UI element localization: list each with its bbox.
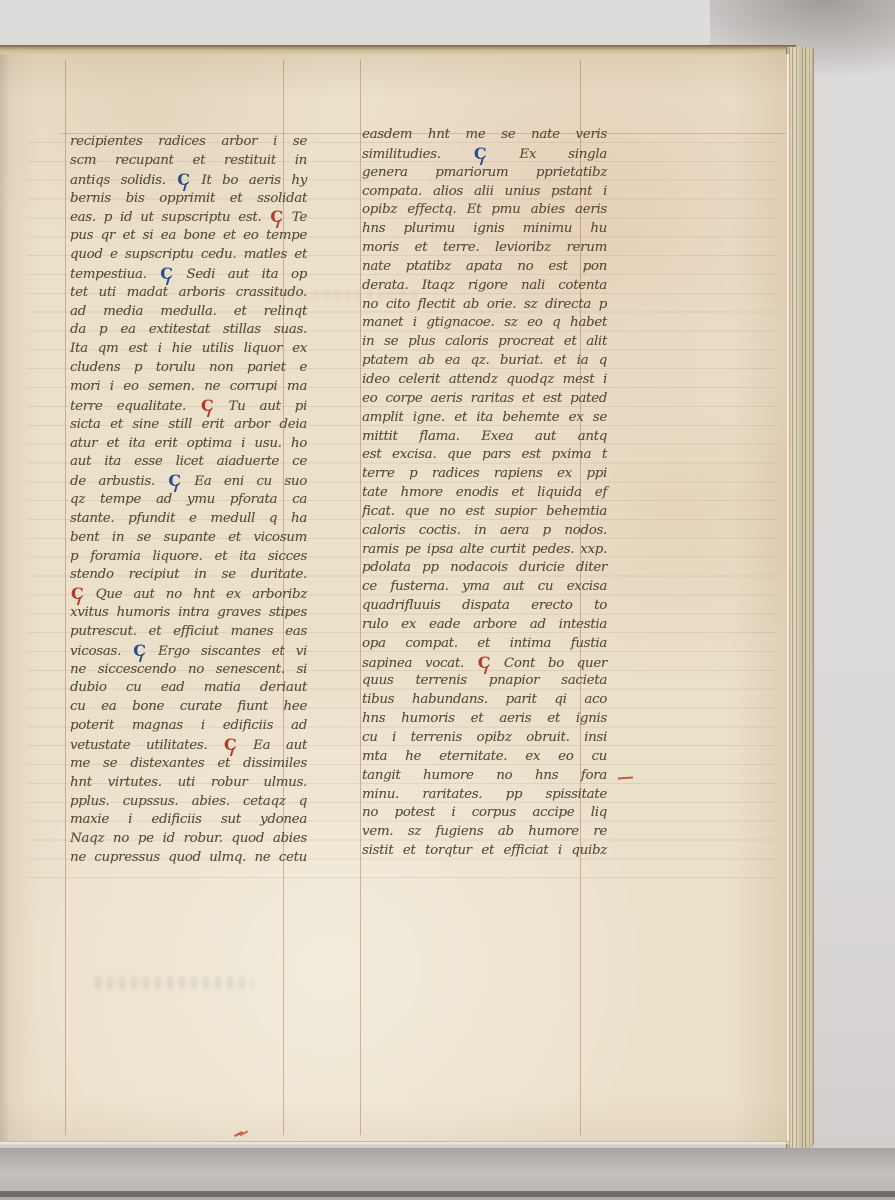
- text-run: moris et terre. levioribz rerum: [362, 240, 607, 255]
- text-run: cludens p torulu non pariet e: [70, 360, 307, 375]
- text-run: derata. Itaqz rigore nali cotenta: [362, 278, 607, 293]
- text-run: vetustate utilitates.: [70, 738, 223, 753]
- ruling-line-vertical: [65, 60, 66, 1135]
- text-line: pdolata pp nodacois duricie diter: [362, 559, 607, 578]
- text-line: opibz effectq. Et pmu abies aeris: [362, 201, 607, 220]
- text-line: in se plus caloris procreat et alit: [362, 333, 607, 352]
- text-line: mta he eternitate. ex eo cu: [362, 748, 607, 767]
- text-run: Ex singla: [487, 147, 607, 162]
- text-line: me se distexantes et dissimiles: [70, 755, 307, 774]
- text-line: bernis bis opprimit et ssolidat: [70, 190, 307, 209]
- text-line: maxie i edificiis sut ydonea: [70, 811, 307, 830]
- text-line: recipientes radices arbor i se: [70, 133, 307, 152]
- text-run: Cont bo quer: [491, 656, 607, 671]
- text-run: tet uti madat arboris crassitudo.: [70, 285, 307, 300]
- text-run: atur et ita erit optima i usu. ho: [70, 436, 307, 451]
- text-line: easdem hnt me se nate veris: [362, 126, 607, 145]
- text-run: terre equalitate.: [70, 399, 200, 414]
- text-run: recipientes radices arbor i se: [70, 134, 307, 149]
- text-run: caloris coctis. in aera p nodos.: [362, 523, 607, 538]
- text-line: stante. pfundit e medull q ha: [70, 510, 307, 529]
- text-line: pus qr et si ea bone et eo tempe: [70, 227, 307, 246]
- text-line: aut ita esse licet aiaduerte ce: [70, 453, 307, 472]
- text-run: bernis bis opprimit et ssolidat: [70, 191, 307, 206]
- text-run: quadrifluuis dispata erecto to: [362, 598, 607, 613]
- text-run: putrescut. et efficiut manes eas: [70, 624, 307, 639]
- text-run: Te: [284, 210, 307, 225]
- text-line: stendo recipiut in se duritate.: [70, 566, 307, 585]
- ruling-line-vertical: [360, 60, 361, 1135]
- text-line: de arbustis. C Ea eni cu suo: [70, 472, 307, 491]
- text-run: quod e supscriptu cedu. matles et: [70, 247, 307, 262]
- text-line: tempestiua. C Sedi aut ita op: [70, 265, 307, 284]
- text-run: similitudies.: [362, 147, 473, 162]
- text-line: cludens p torulu non pariet e: [70, 359, 307, 378]
- text-line: quadrifluuis dispata erecto to: [362, 597, 607, 616]
- pilcrow-red-icon: C: [477, 653, 491, 672]
- text-run: no cito flectit ab orie. sz directa p: [362, 297, 607, 312]
- text-line: no potest i corpus accipe liq: [362, 804, 607, 823]
- text-line: qz tempe ad ymu pforata ca: [70, 491, 307, 510]
- text-run: sicta et sine still erit arbor deia: [70, 417, 307, 432]
- text-line: ne cupressus quod ulmq. ne cetu: [70, 849, 307, 868]
- text-run: Ea eni cu suo: [182, 474, 307, 489]
- text-line: ce fusterna. yma aut cu excisa: [362, 578, 607, 597]
- pilcrow-red-icon: C: [200, 396, 214, 415]
- text-run: Tu aut pi: [214, 399, 307, 414]
- text-run: mittit flama. Exea aut antq: [362, 429, 607, 444]
- text-line: quod e supscriptu cedu. matles et: [70, 246, 307, 265]
- text-line: genera pmariorum pprietatibz: [362, 164, 607, 183]
- pilcrow-blue-icon: C: [159, 264, 173, 283]
- text-run: de arbustis.: [70, 474, 167, 489]
- text-run: mori i eo semen. ne corrupi ma: [70, 379, 307, 394]
- pilcrow-red-icon: C: [223, 735, 237, 754]
- text-line: antiqs solidis. C It bo aeris hy: [70, 171, 307, 190]
- text-run: eas. p id ut supscriptu est.: [70, 210, 269, 225]
- text-line: minu. raritates. pp spissitate: [362, 786, 607, 805]
- text-line: p foramia liquore. et ita sicces: [70, 548, 307, 567]
- text-run: stante. pfundit e medull q ha: [70, 511, 307, 526]
- text-run: qz tempe ad ymu pforata ca: [70, 492, 307, 507]
- pilcrow-blue-icon: C: [167, 471, 181, 490]
- text-run: ptatem ab ea qz. buriat. et ia q: [362, 353, 607, 368]
- text-line: tibus habundans. parit qi aco: [362, 691, 607, 710]
- text-line: derata. Itaqz rigore nali cotenta: [362, 277, 607, 296]
- pilcrow-blue-icon: C: [176, 170, 190, 189]
- text-run: vicosas.: [70, 644, 132, 659]
- text-run: Que aut no hnt ex arboribz: [84, 587, 307, 602]
- text-run: tibus habundans. parit qi aco: [362, 692, 607, 707]
- text-line: ptatem ab ea qz. buriat. et ia q: [362, 352, 607, 371]
- text-run: xvitus humoris intra graves stipes: [70, 605, 307, 620]
- pilcrow-blue-icon: C: [132, 641, 146, 660]
- text-line: vicosas. C Ergo siscantes et vi: [70, 642, 307, 661]
- manuscript-book: recipientes radices arbor i sescm recupa…: [0, 45, 814, 1148]
- text-run: pus qr et si ea bone et eo tempe: [70, 228, 307, 243]
- text-run: poterit magnas i edificiis ad: [70, 718, 307, 733]
- text-run: It bo aeris hy: [191, 173, 307, 188]
- text-run: in se plus caloris procreat et alit: [362, 334, 607, 349]
- text-run: pdolata pp nodacois duricie diter: [362, 560, 607, 575]
- text-line: terre p radices rapiens ex ppi: [362, 465, 607, 484]
- text-line: ficat. que no est supior behemtia: [362, 503, 607, 522]
- text-run: ne cupressus quod ulmq. ne cetu: [70, 850, 307, 865]
- text-line: Naqz no pe id robur. quod abies: [70, 830, 307, 849]
- text-line: caloris coctis. in aera p nodos.: [362, 522, 607, 541]
- text-run: antiqs solidis.: [70, 173, 176, 188]
- text-line: opa compat. et intima fustia: [362, 635, 607, 654]
- text-run: nate ptatibz apata no est pon: [362, 259, 607, 274]
- text-line: tate hmore enodis et liquida ef: [362, 484, 607, 503]
- text-run: stendo recipiut in se duritate.: [70, 567, 307, 582]
- text-line: poterit magnas i edificiis ad: [70, 717, 307, 736]
- text-run: ce fusterna. yma aut cu excisa: [362, 579, 607, 594]
- text-run: Naqz no pe id robur. quod abies: [70, 831, 307, 846]
- text-line: manet i gtignacoe. sz eo q habet: [362, 314, 607, 333]
- text-line: hnt virtutes. uti robur ulmus.: [70, 774, 307, 793]
- text-line: sistit et torqtur et efficiat i quibz: [362, 842, 607, 861]
- text-line: ne siccescendo no senescent. si: [70, 661, 307, 680]
- text-line: nate ptatibz apata no est pon: [362, 258, 607, 277]
- text-run: da p ea extitestat stillas suas.: [70, 322, 307, 337]
- text-run: terre p radices rapiens ex ppi: [362, 466, 607, 481]
- text-run: hns humoris et aeris et ignis: [362, 711, 607, 726]
- text-run: Sedi aut ita op: [174, 267, 307, 282]
- text-line: moris et terre. levioribz rerum: [362, 239, 607, 258]
- text-run: maxie i edificiis sut ydonea: [70, 812, 307, 827]
- text-column-right: easdem hnt me se nate verissimilitudies.…: [362, 126, 607, 861]
- text-run: est excisa. que pars est pxima t: [362, 447, 607, 462]
- text-line: Ita qm est i hie utilis liquor ex: [70, 340, 307, 359]
- text-run: amplit igne. et ita behemte ex se: [362, 410, 607, 425]
- text-line: mori i eo semen. ne corrupi ma: [70, 378, 307, 397]
- text-run: genera pmariorum pprietatibz: [362, 165, 607, 180]
- text-run: Ea aut: [237, 738, 307, 753]
- text-line: mittit flama. Exea aut antq: [362, 428, 607, 447]
- text-line: atur et ita erit optima i usu. ho: [70, 435, 307, 454]
- pilcrow-red-icon: C: [269, 207, 283, 226]
- text-line: est excisa. que pars est pxima t: [362, 446, 607, 465]
- text-line: similitudies. C Ex singla: [362, 145, 607, 164]
- text-run: tempestiua.: [70, 267, 159, 282]
- text-run: cu i terrenis opibz obruit. insi: [362, 730, 607, 745]
- text-line: xvitus humoris intra graves stipes: [70, 604, 307, 623]
- text-line: ideo celerit attendz quodqz mest i: [362, 371, 607, 390]
- text-line: C Que aut no hnt ex arboribz: [70, 585, 307, 604]
- text-line: tet uti madat arboris crassitudo.: [70, 284, 307, 303]
- text-line: hns humoris et aeris et ignis: [362, 710, 607, 729]
- text-run: me se distexantes et dissimiles: [70, 756, 307, 771]
- text-line: tangit humore no hns fora: [362, 767, 607, 786]
- text-run: sapinea vocat.: [362, 656, 477, 671]
- text-line: bent in se supante et vicosum: [70, 529, 307, 548]
- text-run: ramis pe ipsa alte curtit pedes. xxp.: [362, 542, 607, 557]
- text-line: sicta et sine still erit arbor deia: [70, 416, 307, 435]
- photo-backdrop: recipientes radices arbor i sescm recupa…: [0, 0, 895, 1200]
- text-line: scm recupant et restituit in: [70, 152, 307, 171]
- text-line: ad media medulla. et relinqt: [70, 303, 307, 322]
- text-line: putrescut. et efficiut manes eas: [70, 623, 307, 642]
- text-line: dubio cu ead matia deriaut: [70, 679, 307, 698]
- text-run: vem. sz fugiens ab humore re: [362, 824, 607, 839]
- text-run: ficat. que no est supior behemtia: [362, 504, 607, 519]
- text-line: eas. p id ut supscriptu est. C Te: [70, 208, 307, 227]
- pilcrow-red-icon: C: [70, 584, 84, 603]
- text-line: quus terrenis pnapior sacieta: [362, 672, 607, 691]
- text-run: Ergo siscantes et vi: [147, 644, 307, 659]
- text-run: hnt virtutes. uti robur ulmus.: [70, 775, 307, 790]
- text-line: eo corpe aeris raritas et est pated: [362, 390, 607, 409]
- text-run: easdem hnt me se nate veris: [362, 127, 607, 142]
- text-run: Ita qm est i hie utilis liquor ex: [70, 341, 307, 356]
- text-run: sistit et torqtur et efficiat i quibz: [362, 843, 607, 858]
- text-line: hns plurimu ignis minimu hu: [362, 220, 607, 239]
- text-run: ad media medulla. et relinqt: [70, 304, 307, 319]
- text-line: pplus. cupssus. abies. cetaqz q: [70, 793, 307, 812]
- text-run: no potest i corpus accipe liq: [362, 805, 607, 820]
- text-run: ne siccescendo no senescent. si: [70, 662, 307, 677]
- gutter-shading: [0, 54, 10, 1141]
- text-line: cu i terrenis opibz obruit. insi: [362, 729, 607, 748]
- text-line: ramis pe ipsa alte curtit pedes. xxp.: [362, 541, 607, 560]
- text-column-left: recipientes radices arbor i sescm recupa…: [70, 133, 307, 868]
- manuscript-page: recipientes radices arbor i sescm recupa…: [0, 54, 789, 1141]
- text-line: sapinea vocat. C Cont bo quer: [362, 654, 607, 673]
- text-line: terre equalitate. C Tu aut pi: [70, 397, 307, 416]
- book-fore-edge: [786, 47, 814, 1148]
- text-line: vetustate utilitates. C Ea aut: [70, 736, 307, 755]
- book-cast-shadow: [0, 1148, 895, 1193]
- text-run: aut ita esse licet aiaduerte ce: [70, 454, 307, 469]
- text-run: p foramia liquore. et ita sicces: [70, 549, 307, 564]
- text-run: tangit humore no hns fora: [362, 768, 607, 783]
- text-line: vem. sz fugiens ab humore re: [362, 823, 607, 842]
- text-run: scm recupant et restituit in: [70, 153, 307, 168]
- red-bottom-mark: [234, 1131, 243, 1137]
- text-run: eo corpe aeris raritas et est pated: [362, 391, 607, 406]
- text-run: compata. alios alii unius pstant i: [362, 184, 607, 199]
- text-line: no cito flectit ab orie. sz directa p: [362, 296, 607, 315]
- text-line: compata. alios alii unius pstant i: [362, 183, 607, 202]
- text-run: hns plurimu ignis minimu hu: [362, 221, 607, 236]
- red-margin-mark: [618, 776, 633, 782]
- text-run: manet i gtignacoe. sz eo q habet: [362, 315, 607, 330]
- text-run: bent in se supante et vicosum: [70, 530, 307, 545]
- text-line: rulo ex eade arbore ad intestia: [362, 616, 607, 635]
- text-line: amplit igne. et ita behemte ex se: [362, 409, 607, 428]
- text-run: minu. raritates. pp spissitate: [362, 787, 607, 802]
- text-run: tate hmore enodis et liquida ef: [362, 485, 607, 500]
- text-run: cu ea bone curate fiunt hee: [70, 699, 307, 714]
- text-run: dubio cu ead matia deriaut: [70, 680, 307, 695]
- text-line: da p ea extitestat stillas suas.: [70, 321, 307, 340]
- text-run: quus terrenis pnapior sacieta: [362, 673, 607, 688]
- text-line: cu ea bone curate fiunt hee: [70, 698, 307, 717]
- text-run: mta he eternitate. ex eo cu: [362, 749, 607, 764]
- text-run: opibz effectq. Et pmu abies aeris: [362, 202, 607, 217]
- text-run: ideo celerit attendz quodqz mest i: [362, 372, 607, 387]
- text-run: pplus. cupssus. abies. cetaqz q: [70, 794, 307, 809]
- show-through-smudge: [95, 977, 253, 989]
- text-run: rulo ex eade arbore ad intestia: [362, 617, 607, 632]
- text-run: opa compat. et intima fustia: [362, 636, 607, 651]
- pilcrow-blue-icon: C: [473, 144, 487, 163]
